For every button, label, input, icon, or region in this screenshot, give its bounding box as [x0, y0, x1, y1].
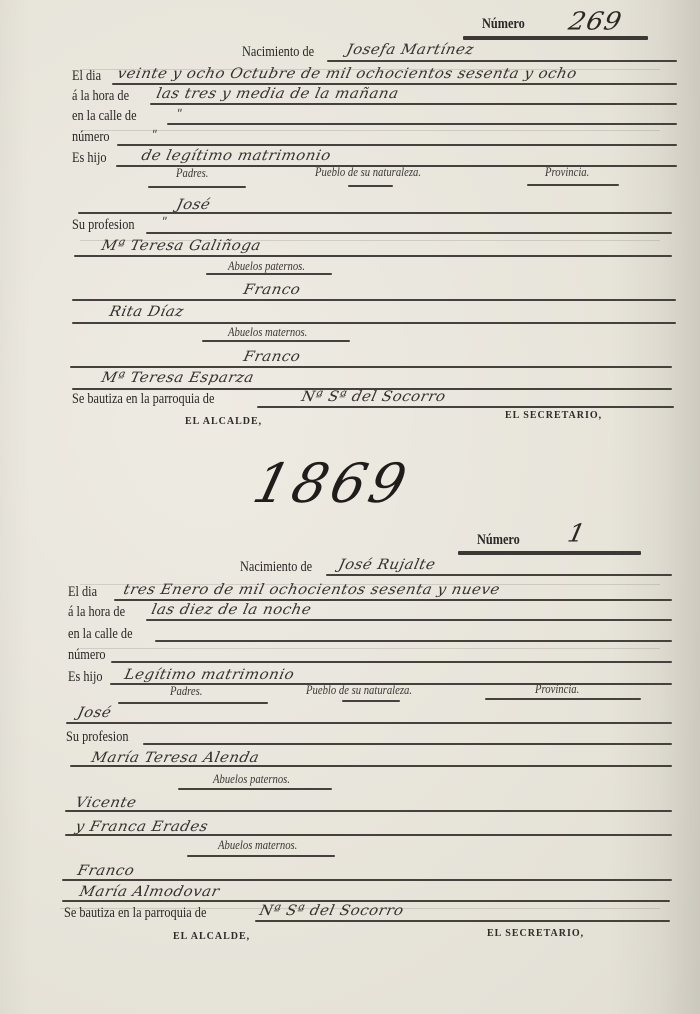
hora-line [146, 619, 672, 621]
numero-casa-line [111, 661, 672, 663]
es-hijo-label: Es hijo [72, 150, 107, 167]
bautiza-label: Se bautiza en la parroquia de [72, 391, 214, 408]
provincia-caption: Provincia. [535, 681, 579, 697]
calle-label: en la calle de [72, 108, 137, 125]
father-name: José [76, 704, 113, 721]
mother-line [70, 765, 672, 767]
numero-casa-label: número [72, 129, 110, 146]
paternal-grandmother-line [65, 834, 672, 836]
parish: Nª Sª del Socorro [300, 388, 447, 405]
abuelos-paternos-caption: Abuelos paternos. [228, 258, 305, 274]
pueblo-caption: Pueblo de su naturaleza. [306, 682, 412, 698]
bleed-through-line [60, 908, 660, 909]
secretario-signature-label: EL SECRETARIO, [505, 410, 602, 421]
abuelos-paternos-caption: Abuelos paternos. [213, 771, 290, 787]
provincia-caption: Provincia. [545, 164, 589, 180]
abuelos-maternos-caption: Abuelos maternos. [228, 324, 307, 340]
mother-line [74, 255, 672, 257]
abuelos-paternos-underline [178, 788, 332, 790]
pueblo-underline [348, 185, 393, 187]
maternal-grandmother: María Almodovar [78, 883, 221, 900]
hora-label: á la hora de [68, 604, 125, 621]
secretario-signature-label: EL SECRETARIO, [487, 928, 584, 939]
profesion-line [146, 232, 672, 234]
alcalde-signature-label: EL ALCALDE, [185, 416, 262, 427]
nacimiento-label: Nacimiento de [240, 559, 312, 576]
child-name: Josefa Martínez [345, 41, 476, 58]
abuelos-maternos-caption: Abuelos maternos. [218, 837, 297, 853]
abuelos-maternos-underline [187, 855, 335, 857]
numero-underline [463, 36, 648, 40]
legitimacy: Legítimo matrimonio [123, 666, 296, 683]
bleed-through-line [80, 69, 660, 70]
profession: " [160, 215, 169, 228]
paternal-grandmother: Rita Díaz [108, 303, 186, 320]
provincia-underline [485, 698, 641, 700]
bautiza-line [255, 920, 670, 922]
bleed-through-line [80, 584, 660, 585]
nacimiento-label: Nacimiento de [242, 44, 314, 61]
paternal-grandfather: Vicente [74, 794, 138, 811]
numero-label: Número [477, 532, 520, 549]
nacimiento-line [326, 574, 672, 576]
el-dia-label: El dia [72, 68, 101, 85]
parish: Nª Sª del Socorro [258, 902, 405, 919]
profesion-label: Su profesion [66, 729, 129, 746]
pueblo-underline [342, 700, 400, 702]
record-number: 269 [566, 8, 625, 37]
legitimacy: de legítimo matrimonio [140, 147, 333, 164]
profesion-label: Su profesion [72, 217, 135, 234]
numero-casa-label: número [68, 647, 106, 664]
calle-line [167, 123, 677, 125]
father-name: José [175, 196, 212, 213]
maternal-grandfather: Franco [76, 862, 136, 879]
bleed-through-line [80, 130, 660, 131]
maternal-grandfather-line [62, 879, 672, 881]
birth-time: las diez de la noche [150, 601, 313, 618]
padres-underline [118, 702, 268, 704]
el-dia-label: El dia [68, 584, 97, 601]
street: " [175, 107, 184, 120]
paternal-grandmother: y Franca Erades [74, 818, 210, 835]
profesion-line [143, 743, 672, 745]
year-heading: 1869 [247, 452, 416, 515]
bleed-through-line [80, 240, 660, 241]
maternal-grandmother: Mª Teresa Esparza [100, 369, 256, 386]
calle-line [155, 640, 672, 642]
mother-name: María Teresa Alenda [90, 749, 261, 766]
padres-underline [148, 186, 246, 188]
calle-label: en la calle de [68, 626, 133, 643]
register-page: Número 269 Nacimiento de Josefa Martínez… [0, 0, 700, 1014]
record-number: 1 [565, 520, 589, 549]
paternal-grandfather: Franco [242, 281, 302, 298]
child-name: José Rujalte [337, 556, 437, 573]
padres-caption: Padres. [170, 683, 202, 699]
abuelos-maternos-underline [202, 340, 350, 342]
hora-line [150, 103, 677, 105]
birth-date: veinte y ocho Octubre de mil ochocientos… [116, 65, 579, 82]
paternal-grandfather-line [72, 299, 676, 301]
hora-label: á la hora de [72, 88, 129, 105]
numero-casa-line [117, 144, 677, 146]
paternal-grandmother-line [72, 322, 676, 324]
numero-underline [458, 551, 641, 555]
es-hijo-label: Es hijo [68, 669, 103, 686]
paternal-grandfather-line [65, 810, 672, 812]
bautiza-line [257, 406, 674, 408]
alcalde-signature-label: EL ALCALDE, [173, 931, 250, 942]
birth-time: las tres y media de la mañana [155, 85, 400, 102]
abuelos-paternos-underline [206, 273, 332, 275]
numero-label: Número [482, 16, 525, 33]
bleed-through-line [80, 648, 660, 649]
father-line [66, 722, 672, 724]
provincia-underline [527, 184, 619, 186]
maternal-grandfather: Franco [242, 348, 302, 365]
father-line [78, 212, 672, 214]
nacimiento-line [327, 60, 677, 62]
padres-caption: Padres. [176, 165, 208, 181]
pueblo-caption: Pueblo de su naturaleza. [315, 164, 421, 180]
maternal-grandfather-line [70, 366, 672, 368]
